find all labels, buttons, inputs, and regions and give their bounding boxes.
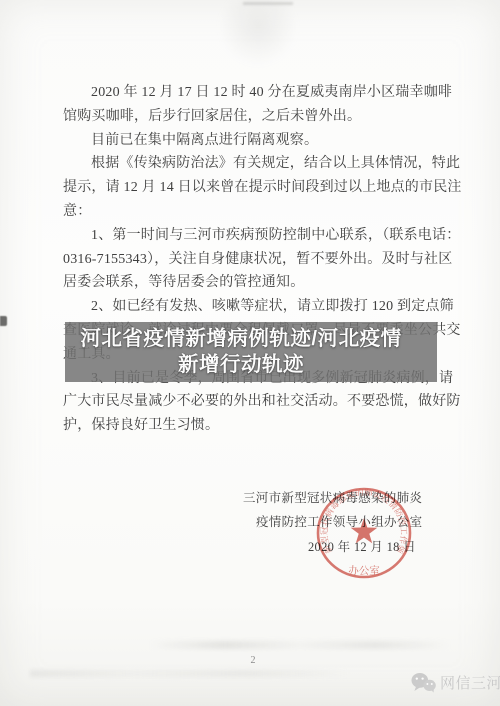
official-seal: 三河市新型冠状病毒感染的肺炎疫情防控工作领导小组 办公室 xyxy=(309,479,419,589)
scan-smudge-bottom xyxy=(30,670,350,677)
document-line: 根据《传染病防治法》有关规定，结合以上具体情况，特此 xyxy=(63,152,459,176)
seal-ring-text: 三河市新型冠状病毒感染的肺炎疫情防控工作领导小组 xyxy=(309,479,409,555)
document-line: 护，保持良好卫生习惯。 xyxy=(63,414,459,438)
headline-overlay: 河北省疫情新增病例轨迹/河北疫情 新增行动轨迹 xyxy=(65,326,417,377)
star-icon xyxy=(351,518,378,543)
scanned-document-page: 2020 年 12 月 17 日 12 时 40 分在夏威夷南岸小区瑞幸咖啡 馆… xyxy=(0,0,500,706)
seal-office-text: 办公室 xyxy=(348,564,380,577)
headline-line-2: 新增行动轨迹 xyxy=(65,352,417,378)
document-line: 2020 年 12 月 17 日 12 时 40 分在夏威夷南岸小区瑞幸咖啡 xyxy=(63,81,459,105)
svg-text:三河市新型冠状病毒感染的肺炎疫情防控工作领导小组: 三河市新型冠状病毒感染的肺炎疫情防控工作领导小组 xyxy=(309,479,409,555)
scan-smudge-top-line xyxy=(243,2,293,5)
document-line: 0316-7155343），关注自身健康状况，暂不要外出。及时与社区 xyxy=(63,248,459,272)
document-line: 馆购买咖啡，后步行回家居住，之后未曾外出。 xyxy=(63,105,459,129)
document-line: 意： xyxy=(63,200,459,224)
watermark-label: 网信三河 xyxy=(440,672,500,693)
document-line: 2、如已经有发热、咳嗽等症状，请立即拨打 120 到定点筛 xyxy=(63,295,459,319)
watermark: 网信三河 xyxy=(410,672,500,693)
scan-smudge-bottom xyxy=(150,641,450,649)
document-line: 广大市民尽量减少不必要的外出和社交活动。不要恐慌，做好防 xyxy=(63,390,459,414)
document-line: 1、第一时间与三河市疾病预防控制中心联系，（联系电话： xyxy=(63,224,459,248)
scan-mark-left-edge xyxy=(0,316,7,326)
page-number: 2 xyxy=(248,655,258,666)
document-body: 2020 年 12 月 17 日 12 时 40 分在夏威夷南岸小区瑞幸咖啡 馆… xyxy=(63,81,459,438)
wechat-icon xyxy=(410,672,437,693)
scan-smudge-top xyxy=(218,0,298,66)
document-line: 提示，请 12 月 14 日以来曾在提示时间段到过以上地点的市民注 xyxy=(63,176,459,200)
document-line: 目前已在集中隔离点进行隔离观察。 xyxy=(63,129,459,153)
headline-line-1: 河北省疫情新增病例轨迹/河北疫情 xyxy=(65,326,417,352)
document-line: 居委会联系，等待居委会的管控通知。 xyxy=(63,271,459,295)
